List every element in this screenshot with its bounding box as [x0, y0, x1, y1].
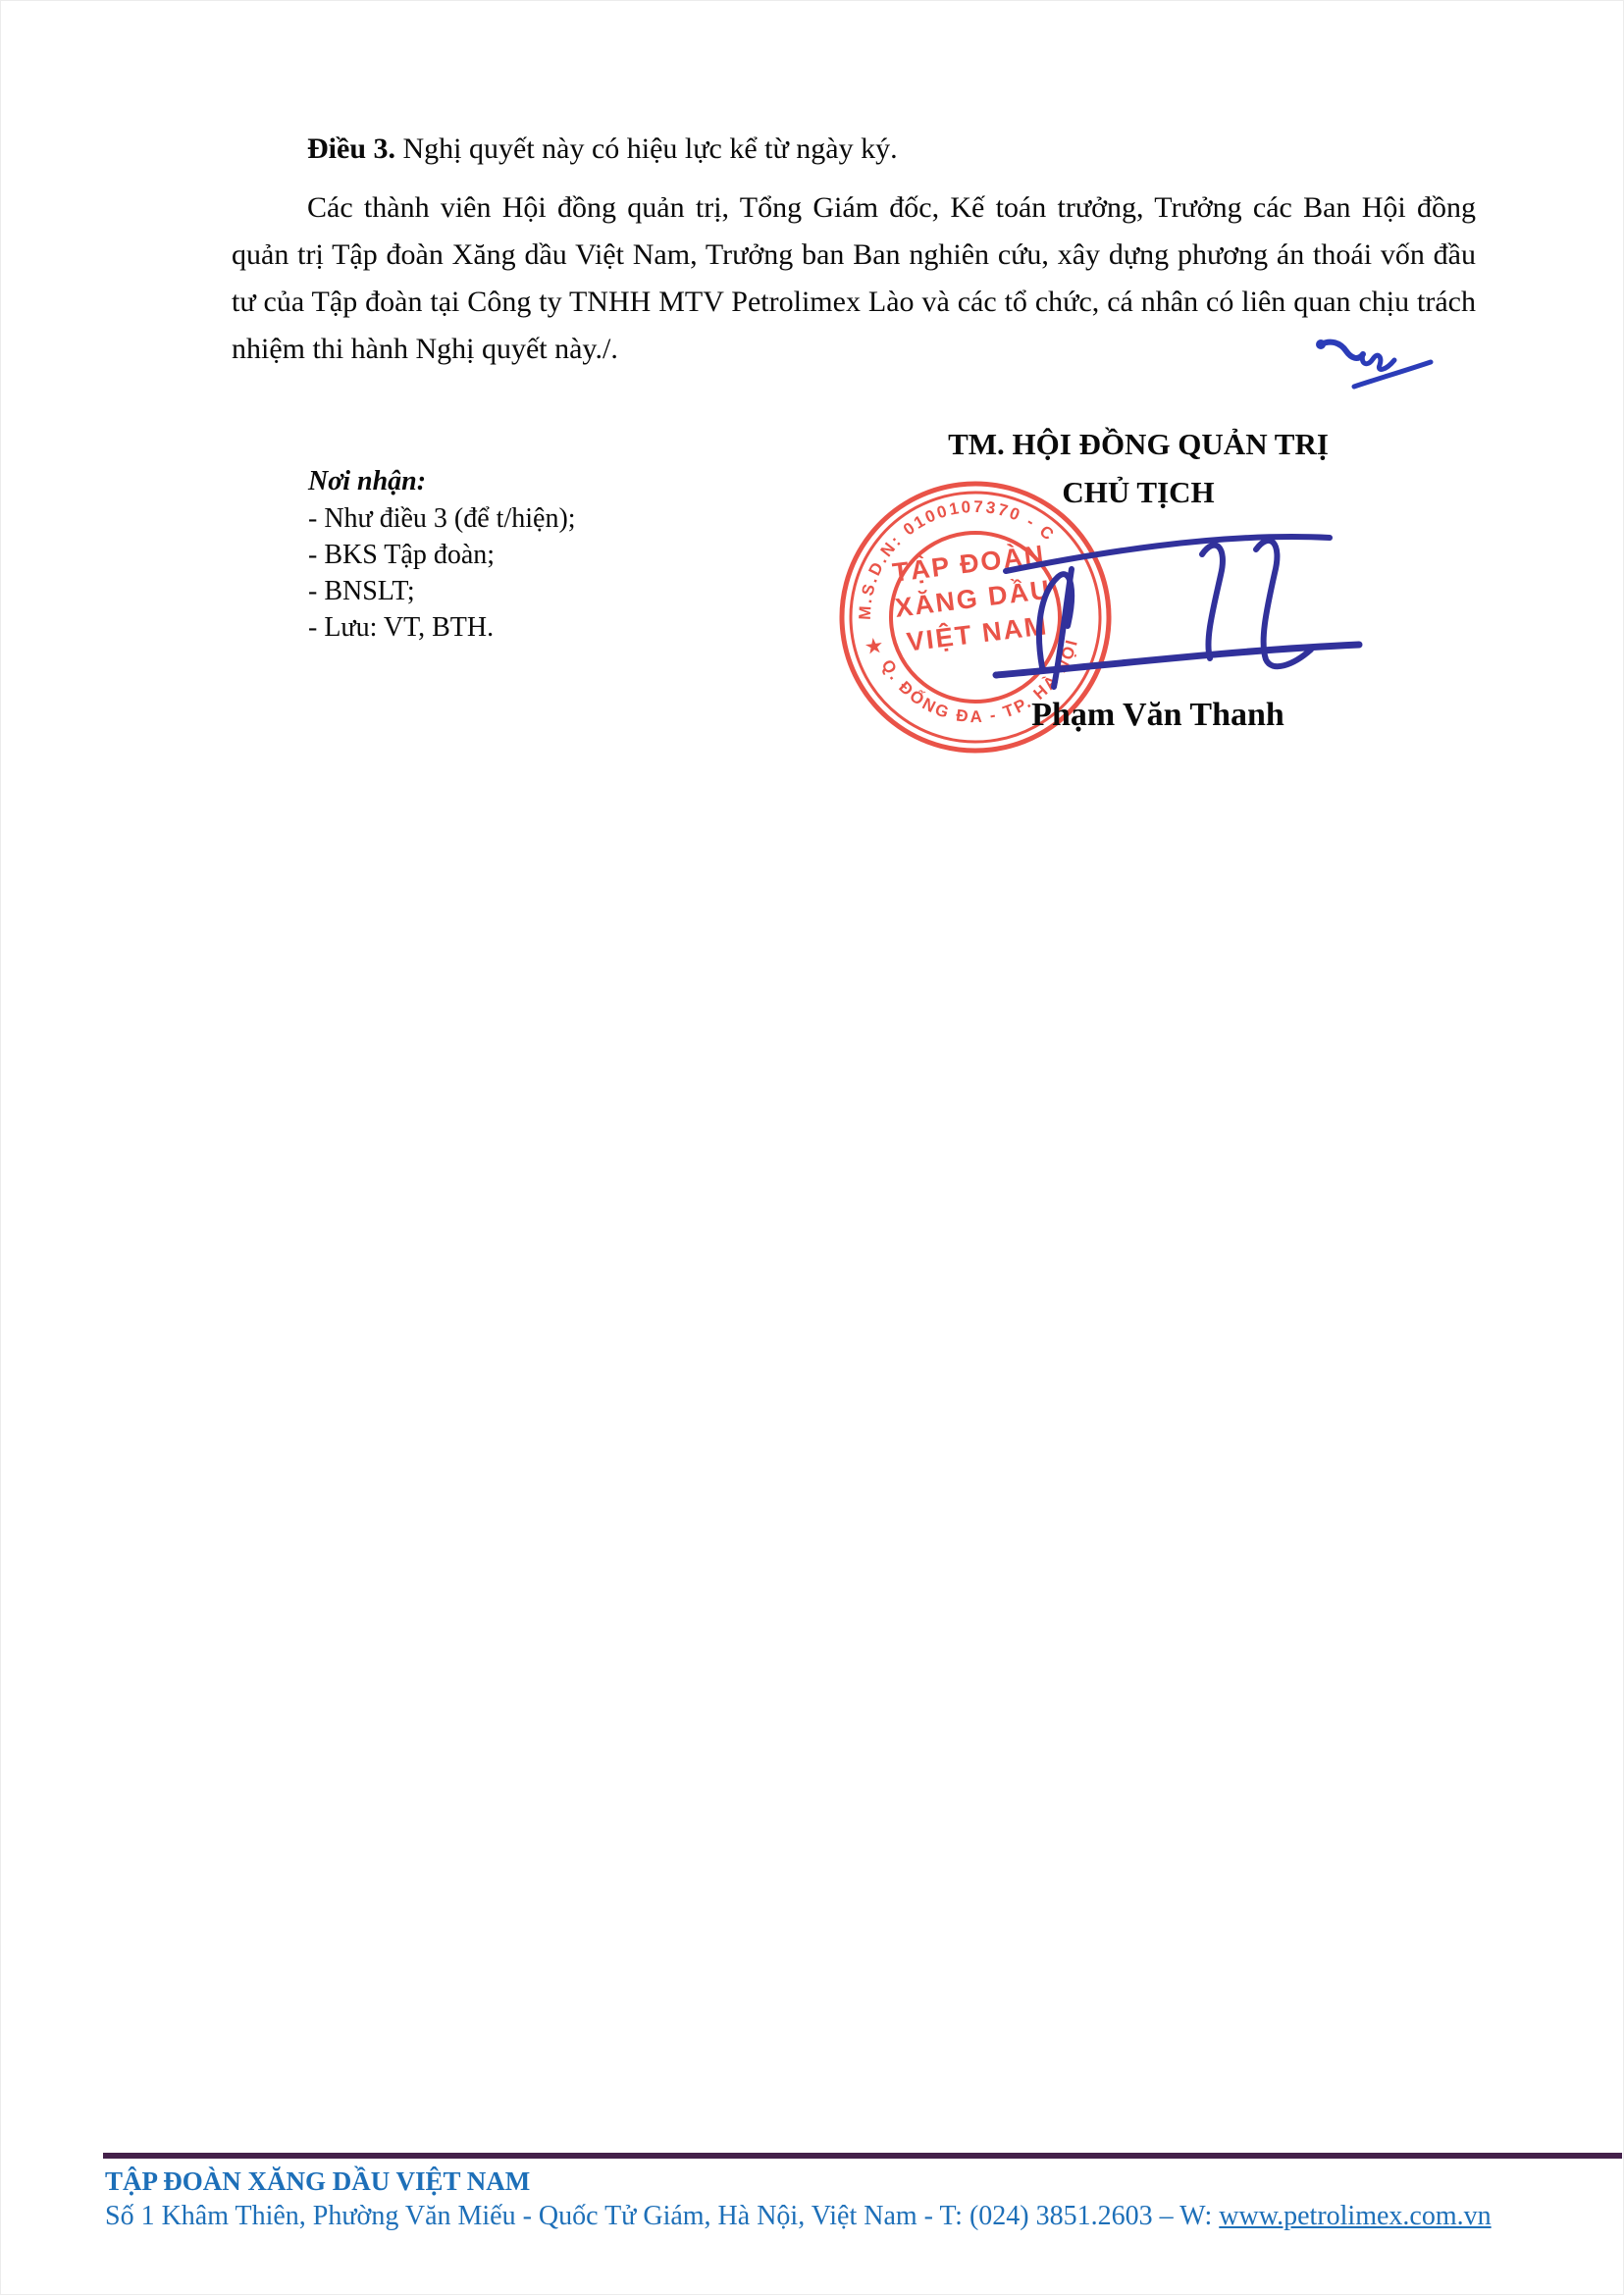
- footer-company-name: TẬP ĐOÀN XĂNG DẦU VIỆT NAM: [105, 2166, 530, 2197]
- signer-name: Phạm Văn Thanh: [981, 697, 1335, 734]
- on-behalf-line: TM. HỘI ĐỒNG QUẢN TRỊ: [932, 420, 1344, 468]
- recipient-item: - BKS Tập đoàn;: [308, 537, 760, 573]
- paraph-stroke-2: [1362, 354, 1394, 369]
- signature-loop-1: [1202, 546, 1223, 658]
- responsibility-paragraph: Các thành viên Hội đồng quản trị, Tổng G…: [232, 184, 1476, 373]
- document-page: Điều 3. Nghị quyết này có hiệu lực kể từ…: [0, 0, 1624, 2295]
- chairman-signature-ink: [981, 510, 1374, 697]
- paraph-stroke-1: [1321, 342, 1363, 358]
- signature-top-stroke: [1006, 537, 1330, 571]
- article-label: Điều 3.: [307, 132, 395, 165]
- footer-website-link[interactable]: www.petrolimex.com.vn: [1219, 2201, 1491, 2231]
- stamp-star-icon: ★: [863, 633, 885, 659]
- initials-paraph-ink: [1311, 328, 1441, 392]
- recipients-block: Nơi nhận: - Như điều 3 (để t/hiện); - BK…: [308, 463, 760, 646]
- recipient-item: - Như điều 3 (để t/hiện);: [308, 500, 760, 537]
- footer-divider: [103, 2153, 1622, 2159]
- article-text: Nghị quyết này có hiệu lực kể từ ngày ký…: [395, 132, 898, 165]
- signature-underline: [996, 645, 1359, 675]
- footer-address-text: Số 1 Khâm Thiên, Phường Văn Miếu - Quốc …: [105, 2201, 1219, 2231]
- recipient-item: - Lưu: VT, BTH.: [308, 609, 760, 646]
- article-3-paragraph: Điều 3. Nghị quyết này có hiệu lực kể từ…: [232, 126, 1476, 173]
- recipient-item: - BNSLT;: [308, 573, 760, 609]
- recipients-title: Nơi nhận:: [308, 463, 760, 500]
- footer-address-line: Số 1 Khâm Thiên, Phường Văn Miếu - Quốc …: [105, 2201, 1492, 2232]
